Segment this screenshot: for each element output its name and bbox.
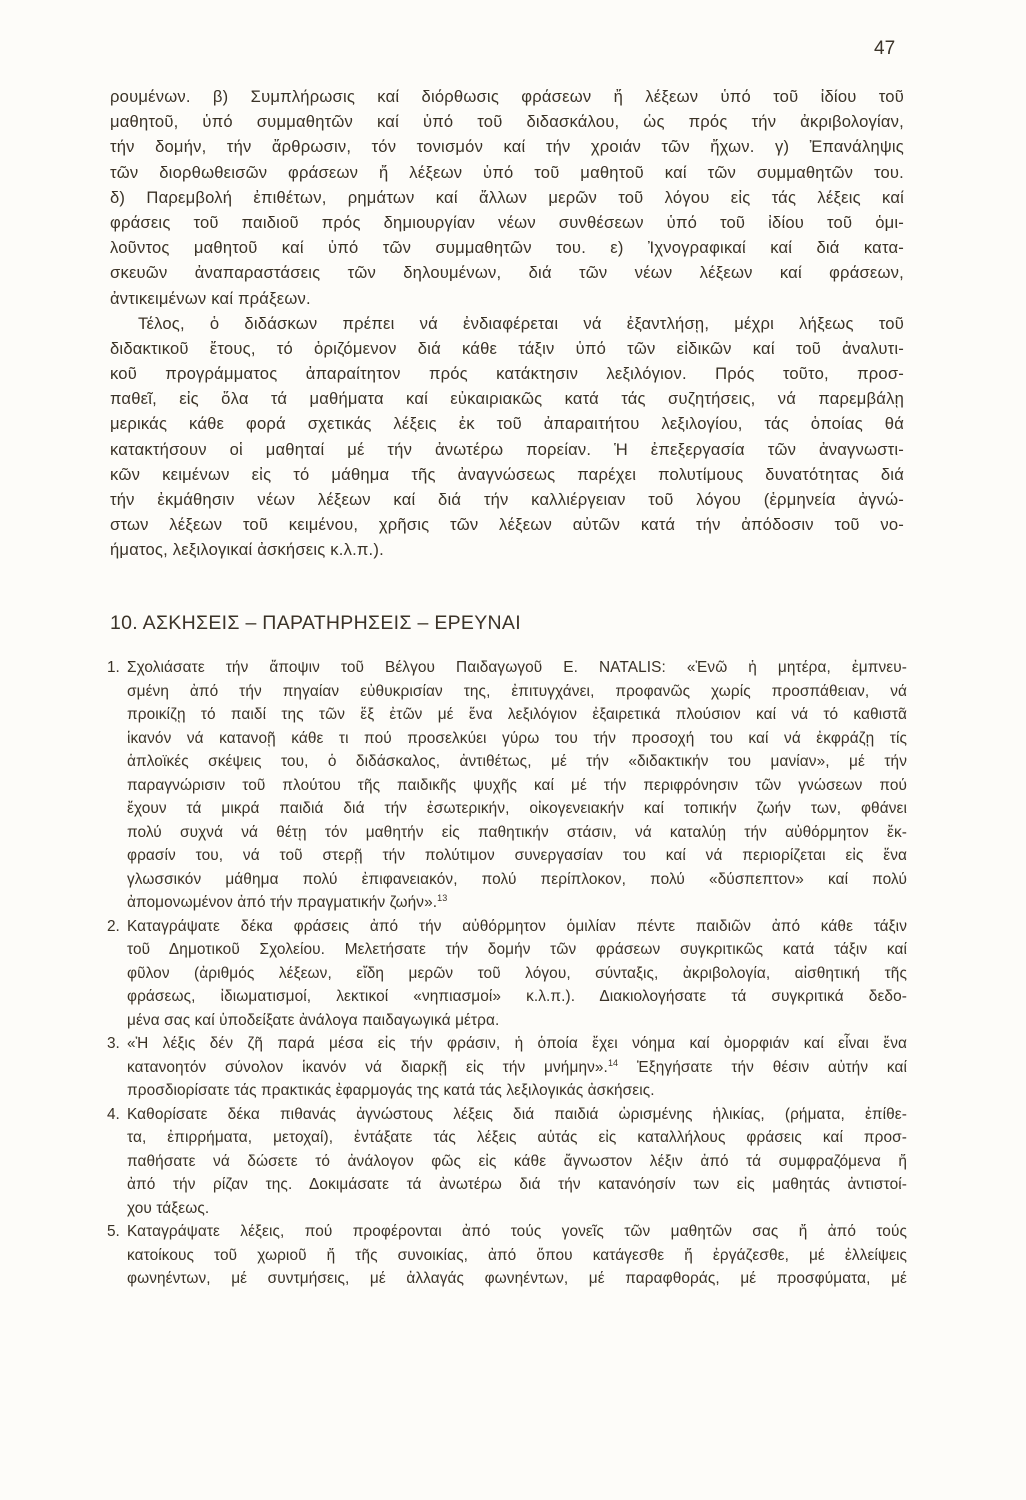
page-number: 47 [874,38,895,60]
paragraph-continued: ρουμένων. β) Συμπλήρωσις καί διόρθωσις φ… [110,84,904,311]
text-line: μένα σας καί ὑποδείξατε ἀνάλογα παιδαγωγ… [127,1009,907,1033]
text-line: τῶν διορθωθεισῶν φράσεων ἤ λέξεων ὑπό το… [110,160,904,185]
text-line: φωνηέντων, μέ συντμήσεις, μέ ἀλλαγάς φων… [127,1267,907,1291]
text-line: κοῦ προγράμματος ἀπαραίτητον πρός κατάκτ… [110,361,904,386]
text-line: γλωσσικόν μάθημα πολύ ἐπιφανειακόν, πολύ… [127,868,907,892]
body-text: ρουμένων. β) Συμπλήρωσις καί διόρθωσις φ… [110,84,904,563]
text-line: φρασίν του, νά τοῦ στερῇ τήν πολύτιμον σ… [127,844,907,868]
text-line: Τέλος, ὁ διδάσκων πρέπει νά ἐνδιαφέρεται… [110,311,904,336]
text-line: κατακτήσουν οἱ μαθηταί μέ τήν ἀνωτέρω πο… [110,437,904,462]
text-line: φράσεως, ἰδιωματισμοί, λεκτικοί «νηπιασμ… [127,985,907,1009]
text-line: Σχολιάσατε τήν ἄποψιν τοῦ Βέλγου Παιδαγω… [127,656,907,680]
text-line: παραγνώρισιν τοῦ πλούτου τῆς παιδικῆς ψυ… [127,774,907,798]
text-line: ἁπλοϊκές σκέψεις του, ὁ διδάσκαλος, ἀντι… [127,750,907,774]
text-line: πολύ συχνά νά θέτῃ τόν μαθητήν εἰς παθητ… [127,821,907,845]
item-number: 4. [107,1103,120,1127]
text-line: δ) Παρεμβολή ἐπιθέτων, ρημάτων καί ἄλλων… [110,185,904,210]
text-line: τα, ἐπιρρήματα, μετοχαί), ἐντάξατε τάς λ… [127,1126,907,1150]
text-line: τήν δομήν, τήν ἄρθρωσιν, τόν τονισμόν κα… [110,134,904,159]
item-number: 1. [107,656,120,680]
footnote-ref: 14 [608,1057,618,1067]
text-line: ἱκανόν νά κατανοῇ κάθε τι πού προσελκύει… [127,727,907,751]
exercise-item-3: 3. «Ἡ λέξις δέν ζῆ παρά μέσα εἰς τήν φρά… [107,1032,907,1103]
line-text: Ἐξηγήσατε τήν θέσιν αὐτήν καί [618,1059,907,1076]
exercise-item-4: 4. Καθορίσατε δέκα πιθανάς ἀγνώστους λέξ… [107,1103,907,1221]
text-line: κατοίκους τοῦ χωριοῦ ἤ τῆς συνοικίας, ἀπ… [127,1244,907,1268]
text-line: μερικάς κάθε φορά σχετικάς λέξεις ἐκ τοῦ… [110,411,904,436]
text-line: προικίζῃ τό παιδί της τῶν ἕξ ἐτῶν μέ ἕνα… [127,703,907,727]
footnote-ref: 13 [437,893,447,903]
text-line: ρουμένων. β) Συμπλήρωσις καί διόρθωσις φ… [110,84,904,109]
item-number: 5. [107,1220,120,1244]
exercise-item-1: 1. Σχολιάσατε τήν ἄποψιν τοῦ Βέλγου Παιδ… [107,656,907,915]
section-heading: 10. ΑΣΚΗΣΕΙΣ – ΠΑΡΑΤΗΡΗΣΕΙΣ – ΕΡΕΥΝΑΙ [110,612,521,635]
text-line: φράσεις τοῦ παιδιοῦ πρός δημιουργίαν νέω… [110,210,904,235]
text-line: μαθητοῦ, ὑπό συμμαθητῶν καί ὑπό τοῦ διδα… [110,109,904,134]
line-text: ἀπομονωμένον ἀπό τήν πραγματικήν ζωήν». [127,894,437,911]
text-line: παθήσατε νά δώσετε τό ἀνάλογον φῶς εἰς κ… [127,1150,907,1174]
line-text: κατανοητόν σύνολον ἱκανόν νά διαρκῇ εἰς … [127,1059,608,1076]
paragraph-closing: Τέλος, ὁ διδάσκων πρέπει νά ἐνδιαφέρεται… [110,311,904,563]
text-line: σμένη ἀπό τήν πηγαίαν εὐθυκρισίαν της, ἐ… [127,680,907,704]
item-number: 3. [107,1032,120,1056]
text-line: Καθορίσατε δέκα πιθανάς ἀγνώστους λέξεις… [127,1103,907,1127]
text-line: τήν ἐκμάθησιν νέων λέξεων καί διά τήν κα… [110,487,904,512]
text-line: Καταγράψατε λέξεις, πού προφέρονται ἀπό … [127,1220,907,1244]
text-line: προσδιορίσατε τάς πρακτικάς ἐφαρμογάς τη… [127,1079,907,1103]
text-line: χου τάξεως. [127,1197,907,1221]
exercise-item-2: 2. Καταγράψατε δέκα φράσεις ἀπό τήν αὐθό… [107,915,907,1033]
text-line: «Ἡ λέξις δέν ζῆ παρά μέσα εἰς τήν φράσιν… [127,1032,907,1056]
exercise-item-5: 5. Καταγράψατε λέξεις, πού προφέρονται ἀ… [107,1220,907,1291]
exercise-list: 1. Σχολιάσατε τήν ἄποψιν τοῦ Βέλγου Παιδ… [107,656,907,1291]
item-number: 2. [107,915,120,939]
text-line: ἔχουν τά μικρά παιδιά διά τήν ἐσωτερικήν… [127,797,907,821]
text-line: παθεῖ, εἰς ὅλα τά μαθήματα καί εὐκαιριακ… [110,386,904,411]
text-line: διδακτικοῦ ἔτους, τό ὁριζόμενον διά κάθε… [110,336,904,361]
text-line: κῶν κειμένων εἰς τό μάθημα τῆς ἀναγνώσεω… [110,462,904,487]
text-line: τοῦ Δημοτικοῦ Σχολείου. Μελετήσατε τήν δ… [127,938,907,962]
text-line: ήματος, λεξιλογικαί ἀσκήσεις κ.λ.π.). [110,537,904,562]
text-line: σκευῶν ἀναπαραστάσεις τῶν δηλουμένων, δι… [110,260,904,285]
text-line: ἀντικειμένων καί πράξεων. [110,286,904,311]
text-line: Καταγράψατε δέκα φράσεις ἀπό τήν αὐθόρμη… [127,915,907,939]
text-line: κατανοητόν σύνολον ἱκανόν νά διαρκῇ εἰς … [127,1056,907,1080]
text-line: ἀπομονωμένον ἀπό τήν πραγματικήν ζωήν».1… [127,891,907,915]
text-line: λοῦντος μαθητοῦ καί ὑπό τῶν συμμαθητῶν τ… [110,235,904,260]
text-line: στων λέξεων τοῦ κειμένου, χρῆσις τῶν λέξ… [110,512,904,537]
text-line: ἀπό τήν ρίζαν της. Δοκιμάσατε τά ἀνωτέρω… [127,1173,907,1197]
text-line: φῦλον (ἀριθμός λέξεων, εἴδη μερῶν τοῦ λό… [127,962,907,986]
